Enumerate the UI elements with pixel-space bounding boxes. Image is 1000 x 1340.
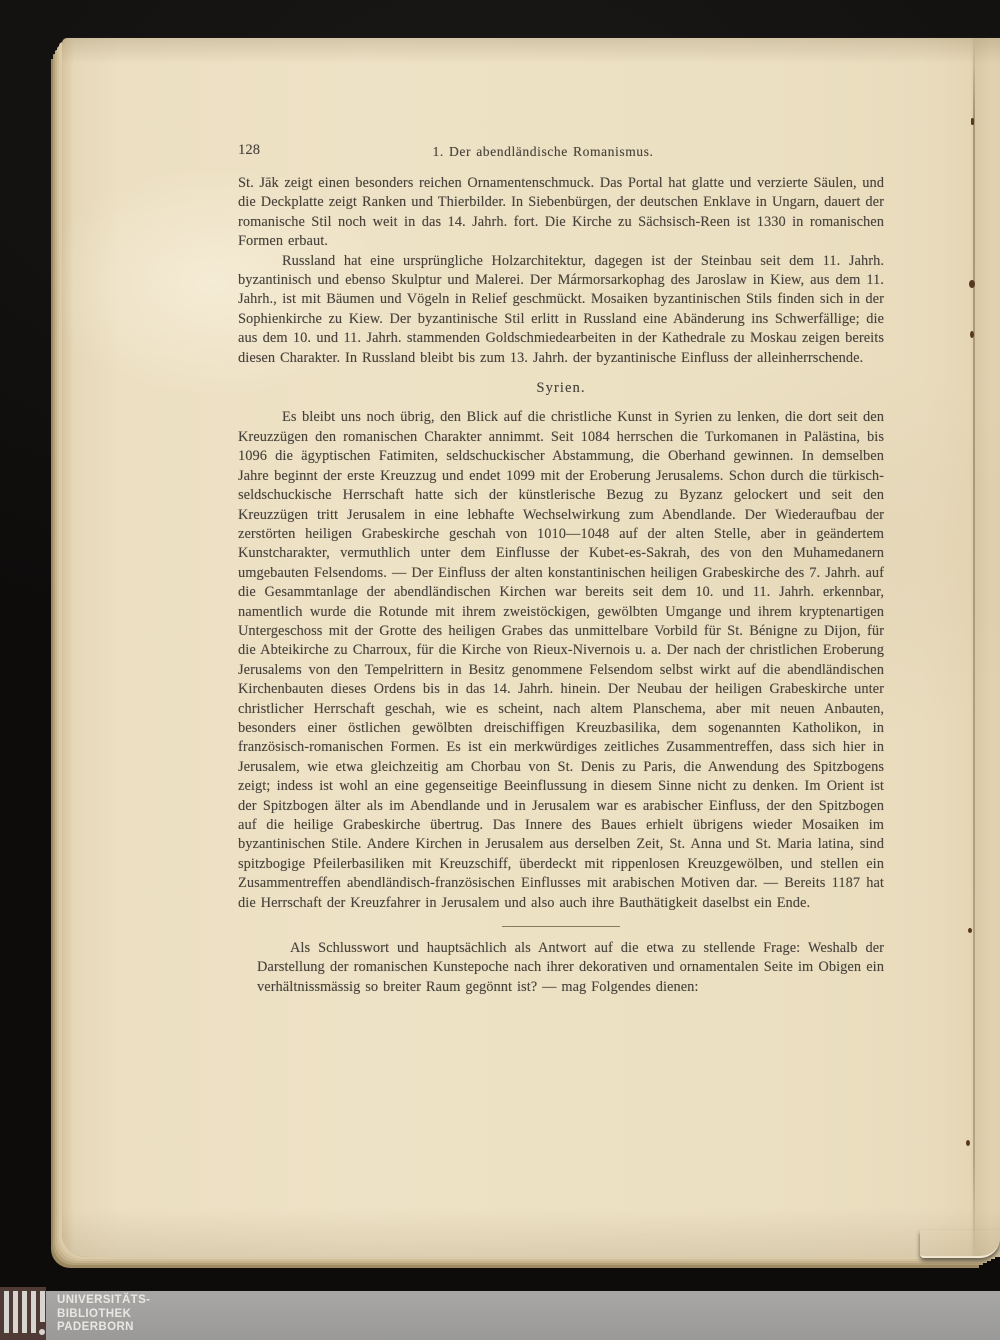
running-title: 1. Der abendländische Romanismus.: [238, 142, 848, 161]
binding-speck: [970, 331, 974, 338]
printed-text-block: 128 1. Der abendländische Romanismus. St…: [238, 141, 884, 997]
paragraph-russland: Russland hat eine ursprüngliche Holzarch…: [238, 252, 884, 368]
ulb-paderborn-logo: [0, 1287, 46, 1340]
section-divider-rule: [502, 926, 620, 927]
five-bars-exclamation-icon: [4, 1291, 44, 1340]
library-name-line1: UNIVERSITÄTS-: [57, 1294, 150, 1308]
library-name: UNIVERSITÄTS- BIBLIOTHEK PADERBORN: [57, 1294, 150, 1335]
binding-speck: [969, 280, 975, 288]
page-corner-curl: [920, 1230, 1000, 1258]
library-name-line2: BIBLIOTHEK: [57, 1308, 150, 1322]
library-name-line3: PADERBORN: [57, 1321, 150, 1335]
scanned-book-photo: 128 1. Der abendländische Romanismus. St…: [0, 0, 1000, 1340]
paragraph-st-jak: St. Jāk zeigt einen besonders reichen Or…: [238, 174, 884, 252]
book-page: 128 1. Der abendländische Romanismus. St…: [62, 38, 1000, 1257]
paragraph-syrien: Es bleibt uns noch übrig, den Blick auf …: [238, 408, 884, 913]
paragraph-schlusswort: Als Schlusswort und hauptsächlich als An…: [257, 939, 884, 997]
binding-speck: [968, 928, 972, 933]
page-header: 128 1. Der abendländische Romanismus.: [238, 141, 884, 161]
binding-speck: [966, 1140, 970, 1146]
binding-speck: [971, 118, 974, 125]
section-heading-syrien: Syrien.: [238, 379, 884, 398]
